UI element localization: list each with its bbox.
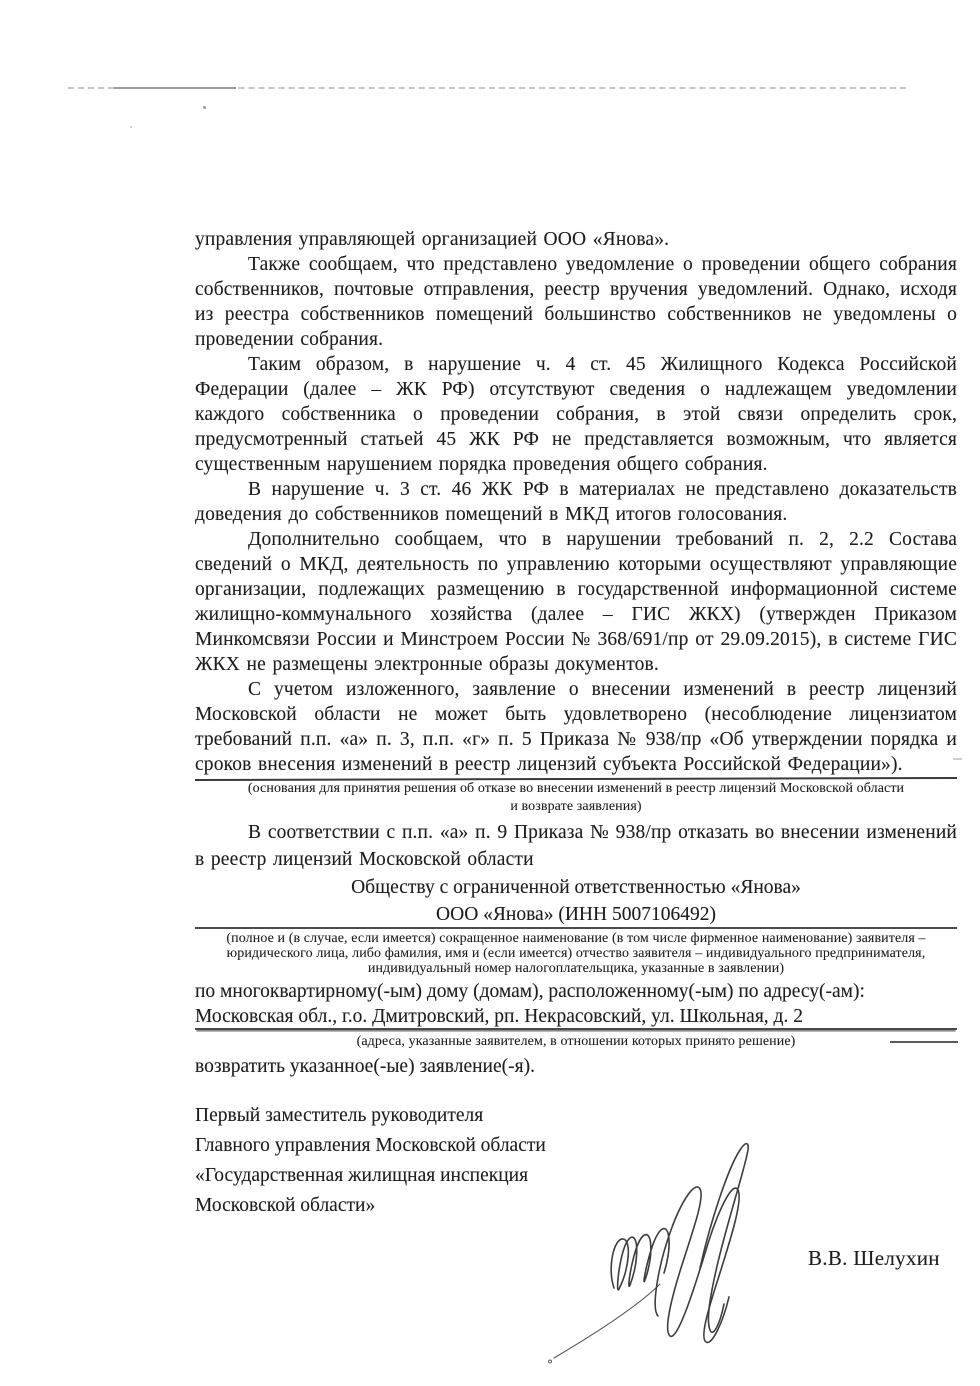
form-caption-applicant-name: (полное и (в случае, если имеется) сокра…	[195, 931, 957, 976]
signatory-position-line: Первый заместитель руководителя	[195, 1101, 957, 1131]
scan-artifact-line-fragment	[890, 1041, 958, 1043]
form-caption-rejection-grounds: (основания для принятия решения об отказ…	[195, 780, 957, 816]
body-paragraph: управления управляющей организацией ООО …	[195, 227, 957, 252]
body-paragraph: Также сообщаем, что представлено уведомл…	[195, 252, 957, 352]
caption-line: индивидуальный номер налогоплательщика, …	[195, 961, 957, 976]
form-caption-addresses: (адреса, указанные заявителем, в отношен…	[195, 1033, 957, 1051]
addressee-short-name-underlined: ООО «Янова» (ИНН 5007106492)	[195, 903, 957, 929]
addressee-full-name: Обществу с ограниченной ответственностью…	[195, 873, 957, 903]
body-paragraph: В нарушение ч. 3 ст. 46 ЖК РФ в материал…	[195, 477, 957, 527]
document-body: управления управляющей организацией ООО …	[195, 227, 957, 1221]
address-value-underlined: Московская обл., г.о. Дмитровский, рп. Н…	[195, 1005, 957, 1030]
scan-speck	[130, 126, 132, 128]
caption-line: юридического лица, либо фамилия, имя и (…	[195, 946, 957, 961]
decision-paragraph: В соответствии с п.п. «а» п. 9 Приказа №…	[195, 819, 957, 873]
body-paragraph: С учетом изложенного, заявление о внесен…	[195, 677, 957, 777]
body-paragraph: Таким образом, в нарушение ч. 4 ст. 45 Ж…	[195, 352, 957, 477]
caption-line: и возврате заявления)	[195, 798, 957, 816]
caption-line: (основания для принятия решения об отказ…	[195, 780, 957, 798]
scan-speck	[203, 106, 206, 109]
return-statement-line: возвратить указанное(-ые) заявление(-я).	[195, 1054, 957, 1080]
address-intro-line: по многоквартирному(-ым) дому (домам), р…	[195, 979, 957, 1005]
scan-artifact-dark-segment	[114, 87, 236, 89]
signatory-name: В.В. Шелухин	[808, 1245, 940, 1271]
scanned-document-page: управления управляющей организацией ООО …	[0, 0, 980, 1386]
caption-line: (полное и (в случае, если имеется) сокра…	[195, 931, 957, 946]
handwritten-signature	[540, 1128, 800, 1378]
body-paragraph: Дополнительно сообщаем, что в нарушении …	[195, 527, 957, 677]
